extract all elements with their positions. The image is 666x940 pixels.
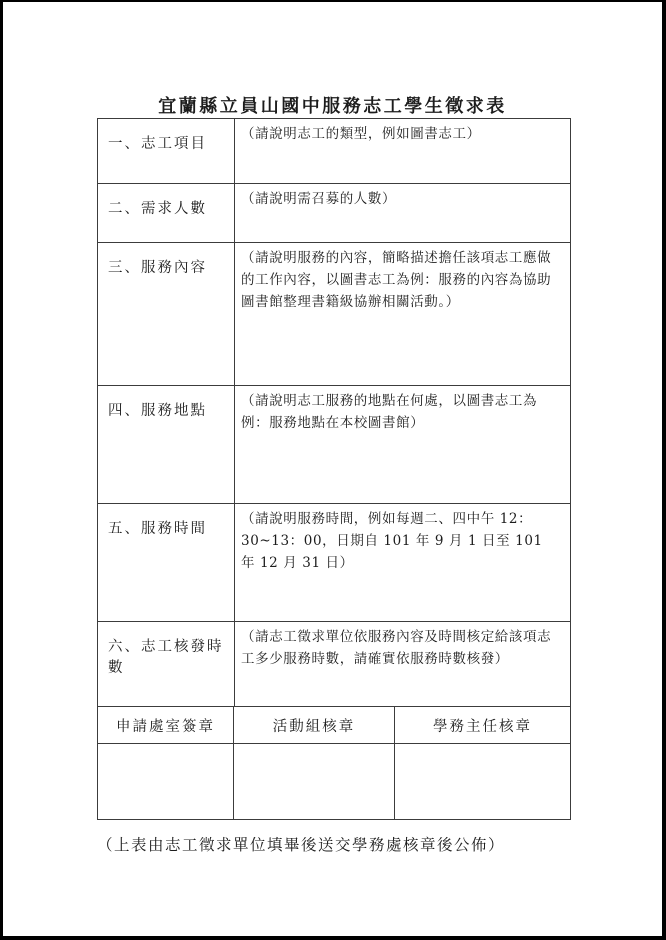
row-label: 二、需求人數 <box>98 184 235 243</box>
row-hint: （請說明服務的內容，簡略描述擔任該項志工應做的工作內容，以圖書志工為例：服務的內… <box>235 243 571 386</box>
volunteer-request-table: 一、志工項目 （請說明志工的類型，例如圖書志工） 二、需求人數 （請說明需召募的… <box>97 118 571 707</box>
table-row-volunteer-item: 一、志工項目 （請說明志工的類型，例如圖書志工） <box>98 119 571 184</box>
page-title: 宜蘭縣立員山國中服務志工學生徵求表 <box>3 92 662 118</box>
table-row-service-hours: 六、志工核發時數 （請志工徵求單位依服務內容及時間核定給該項志工多少服務時數，請… <box>98 622 571 707</box>
signature-blank-row <box>98 744 571 820</box>
signature-header-student-affairs-director: 學務主任核章 <box>395 707 571 744</box>
signature-blank-student-affairs-director <box>395 744 571 820</box>
signature-table: 申請處室簽章 活動組核章 學務主任核章 <box>97 706 571 820</box>
row-label: 四、服務地點 <box>98 386 235 504</box>
row-hint: （請說明服務時間，例如每週二、四中午 12：30~13：00，日期自 101 年… <box>235 504 571 622</box>
signature-blank-applicant-office <box>98 744 234 820</box>
footer-note: （上表由志工徵求單位填畢後送交學務處核章後公佈） <box>97 833 505 855</box>
signature-header-row: 申請處室簽章 活動組核章 學務主任核章 <box>98 707 571 744</box>
form-table-area: 一、志工項目 （請說明志工的類型，例如圖書志工） 二、需求人數 （請說明需召募的… <box>97 118 570 820</box>
row-label: 一、志工項目 <box>98 119 235 184</box>
table-row-service-location: 四、服務地點 （請說明志工服務的地點在何處，以圖書志工為例：服務地點在本校圖書館… <box>98 386 571 504</box>
row-label: 六、志工核發時數 <box>98 622 235 707</box>
form-page: 宜蘭縣立員山國中服務志工學生徵求表 一、志工項目 （請說明志工的類型，例如圖書志… <box>0 0 666 940</box>
signature-blank-activity-section <box>234 744 395 820</box>
row-label: 三、服務內容 <box>98 243 235 386</box>
row-hint: （請說明需召募的人數） <box>235 184 571 243</box>
row-hint: （請說明志工的類型，例如圖書志工） <box>235 119 571 184</box>
row-hint: （請說明志工服務的地點在何處，以圖書志工為例：服務地點在本校圖書館） <box>235 386 571 504</box>
signature-header-applicant-office: 申請處室簽章 <box>98 707 234 744</box>
table-row-headcount: 二、需求人數 （請說明需召募的人數） <box>98 184 571 243</box>
row-label: 五、服務時間 <box>98 504 235 622</box>
table-row-service-content: 三、服務內容 （請說明服務的內容，簡略描述擔任該項志工應做的工作內容，以圖書志工… <box>98 243 571 386</box>
signature-header-activity-section: 活動組核章 <box>234 707 395 744</box>
table-row-service-time: 五、服務時間 （請說明服務時間，例如每週二、四中午 12：30~13：00，日期… <box>98 504 571 622</box>
row-hint: （請志工徵求單位依服務內容及時間核定給該項志工多少服務時數，請確實依服務時數核發… <box>235 622 571 707</box>
